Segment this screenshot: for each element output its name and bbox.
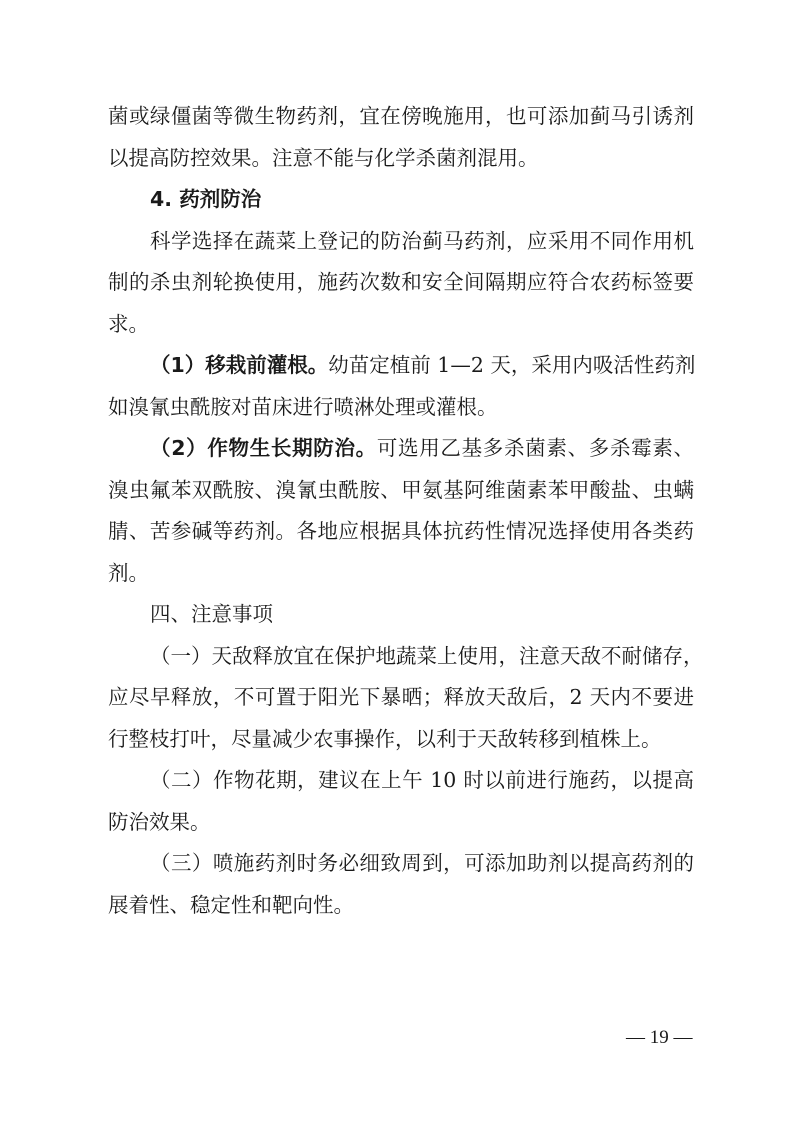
paragraph-line: 腈、苦参碱等药剂。各地应根据具体抗药性情况选择使用各类药 <box>108 511 694 553</box>
section-heading-precautions: 四、注意事项 <box>108 594 694 636</box>
item-2-line: （2）作物生长期防治。可选用乙基多杀菌素、多杀霉素、 <box>108 428 694 470</box>
paragraph-line: 如溴氰虫酰胺对苗床进行喷淋处理或灌根。 <box>108 387 694 429</box>
paragraph-line: 菌或绿僵菌等微生物药剂，宜在傍晚施用，也可添加蓟马引诱剂 <box>108 96 694 138</box>
paragraph-line: 剂。 <box>108 553 694 595</box>
document-page: 菌或绿僵菌等微生物药剂，宜在傍晚施用，也可添加蓟马引诱剂 以提高防控效果。注意不… <box>108 96 694 926</box>
item-1-text: 幼苗定植前 1—2 天，采用内吸活性药剂 <box>328 353 695 377</box>
paragraph-line: 以提高防控效果。注意不能与化学杀菌剂混用。 <box>108 138 694 180</box>
paragraph-line: 溴虫氟苯双酰胺、溴氰虫酰胺、甲氨基阿维菌素苯甲酸盐、虫螨 <box>108 470 694 512</box>
item-1-title: （1）移栽前灌根。 <box>150 353 328 377</box>
paragraph-line: 求。 <box>108 304 694 346</box>
item-1-line: （1）移栽前灌根。幼苗定植前 1—2 天，采用内吸活性药剂 <box>108 345 694 387</box>
item-2-text: 可选用乙基多杀菌素、多杀霉素、 <box>377 436 694 460</box>
section-heading-pesticide-control: 4. 药剂防治 <box>108 179 694 221</box>
paragraph-line: 制的杀虫剂轮换使用，施药次数和安全间隔期应符合农药标签要 <box>108 262 694 304</box>
paragraph-line: 科学选择在蔬菜上登记的防治蓟马药剂，应采用不同作用机 <box>108 221 694 263</box>
paragraph-line: 防治效果。 <box>108 802 694 844</box>
paragraph-line: 展着性、稳定性和靶向性。 <box>108 885 694 927</box>
page-number: — 19 — <box>626 1027 693 1049</box>
paragraph-line: 应尽早释放，不可置于阳光下暴晒；释放天敌后，2 天内不要进 <box>108 677 694 719</box>
item-2-title: （2）作物生长期防治。 <box>150 436 377 460</box>
paragraph-line: （二）作物花期，建议在上午 10 时以前进行施药，以提高 <box>108 760 694 802</box>
paragraph-line: 行整枝打叶，尽量减少农事操作，以利于天敌转移到植株上。 <box>108 719 694 761</box>
paragraph-line: （一）天敌释放宜在保护地蔬菜上使用，注意天敌不耐储存， <box>108 636 694 678</box>
paragraph-line: （三）喷施药剂时务必细致周到，可添加助剂以提高药剂的 <box>108 843 694 885</box>
